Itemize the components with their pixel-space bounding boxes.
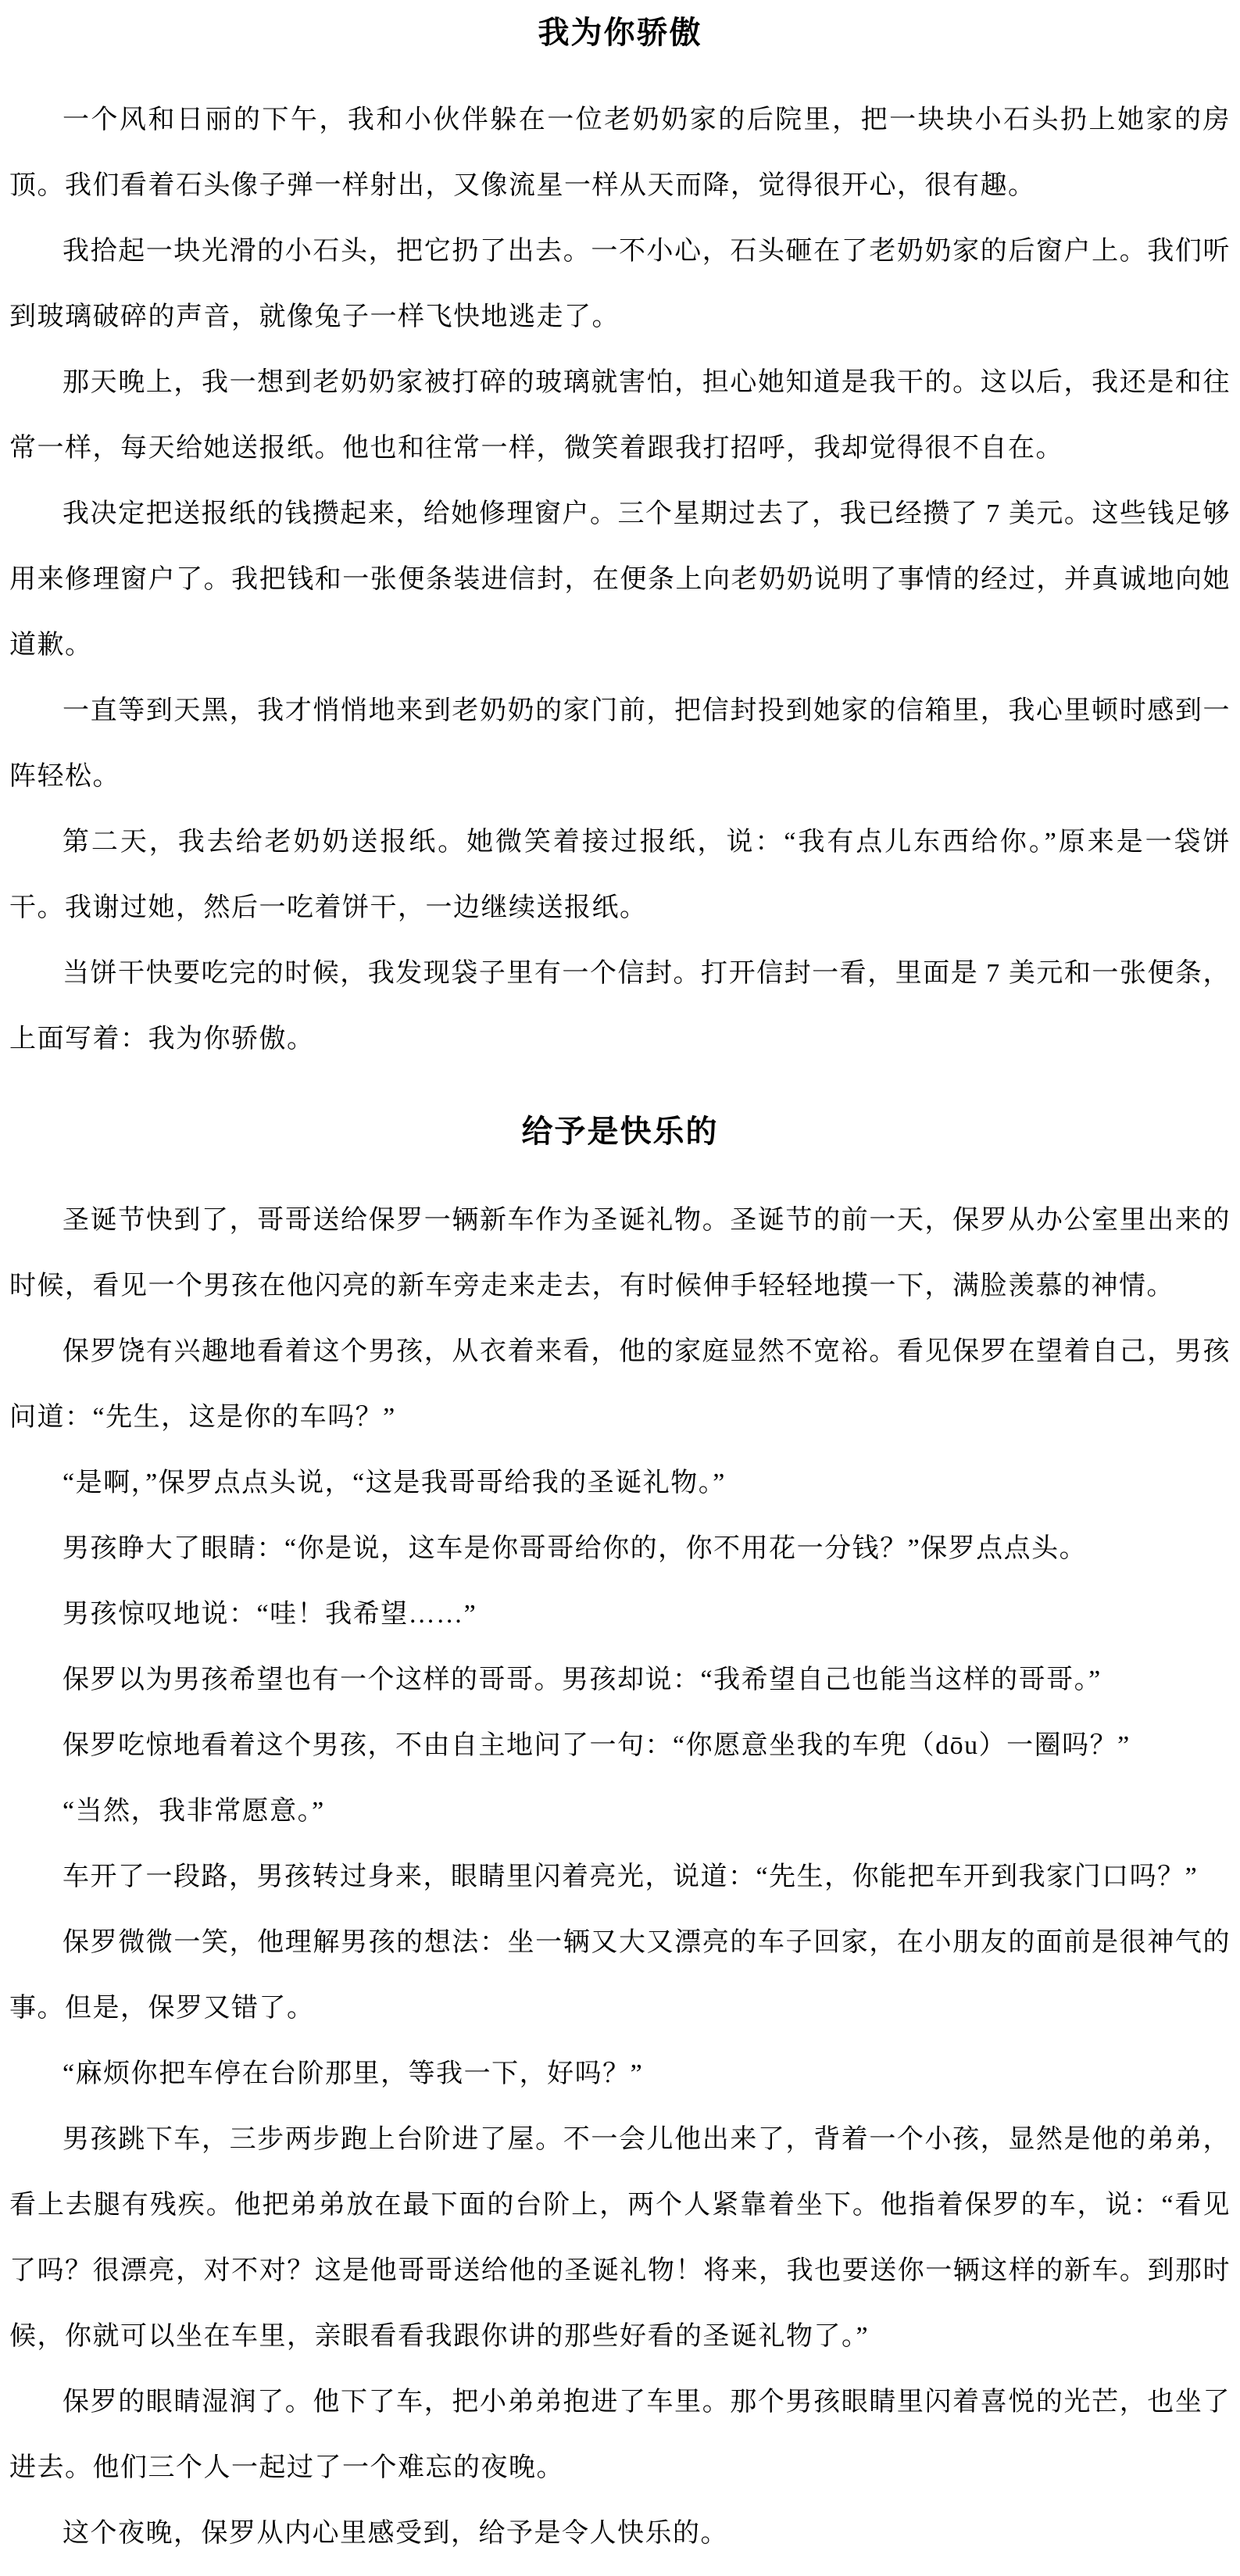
paragraph: 男孩跳下车，三步两步跑上台阶进了屋。不一会儿他出来了，背着一个小孩，显然是他的弟… xyxy=(9,2107,1231,2370)
paragraph: 保罗的眼睛湿润了。他下了车，把小弟弟抱进了车里。那个男孩眼睛里闪着喜悦的光芒，也… xyxy=(9,2370,1231,2501)
paragraph: 男孩惊叹地说：“哇！我希望……” xyxy=(9,1582,1231,1648)
paragraph: 保罗饶有兴趣地看着这个男孩，从衣着来看，他的家庭显然不宽裕。看见保罗在望着自己，… xyxy=(9,1319,1231,1451)
paragraph: 我拾起一块光滑的小石头，把它扔了出去。一不小心，石头砸在了老奶奶家的后窗户上。我… xyxy=(9,219,1231,350)
paragraph: 第二天，我去给老奶奶送报纸。她微笑着接过报纸，说：“我有点儿东西给你。”原来是一… xyxy=(9,810,1231,941)
paragraph: 一个风和日丽的下午，我和小伙伴躲在一位老奶奶家的后院里，把一块块小石头扔上她家的… xyxy=(9,88,1231,219)
paragraph: 一直等到天黑，我才悄悄地来到老奶奶的家门前，把信封投到她家的信箱里，我心里顿时感… xyxy=(9,678,1231,810)
paragraph: 我决定把送报纸的钱攒起来，给她修理窗户。三个星期过去了，我已经攒了 7 美元。这… xyxy=(9,481,1231,678)
paragraph: 当饼干快要吃完的时候，我发现袋子里有一个信封。打开信封一看，里面是 7 美元和一… xyxy=(9,941,1231,1072)
paragraph: “麻烦你把车停在台阶那里，等我一下，好吗？” xyxy=(9,2041,1231,2107)
paragraph: 保罗微微一笑，他理解男孩的想法：坐一辆又大又漂亮的车子回家，在小朋友的面前是很神… xyxy=(9,1910,1231,2041)
paragraph: “当然，我非常愿意。” xyxy=(9,1779,1231,1844)
story-title-2: 给予是快乐的 xyxy=(9,1104,1231,1160)
paragraph: 这个夜晚，保罗从内心里感受到，给予是令人快乐的。 xyxy=(9,2501,1231,2567)
paragraph: 保罗以为男孩希望也有一个这样的哥哥。男孩却说：“我希望自己也能当这样的哥哥。” xyxy=(9,1648,1231,1713)
paragraph: 那天晚上，我一想到老奶奶家被打碎的玻璃就害怕，担心她知道是我干的。这以后，我还是… xyxy=(9,350,1231,481)
paragraph: 车开了一段路，男孩转过身来，眼睛里闪着亮光，说道：“先生，你能把车开到我家门口吗… xyxy=(9,1844,1231,1910)
document-page: 我为你骄傲 一个风和日丽的下午，我和小伙伴躲在一位老奶奶家的后院里，把一块块小石… xyxy=(0,0,1240,2576)
story-title-1: 我为你骄傲 xyxy=(9,5,1231,61)
paragraph: 圣诞节快到了，哥哥送给保罗一辆新车作为圣诞礼物。圣诞节的前一天，保罗从办公室里出… xyxy=(9,1188,1231,1319)
paragraph: 男孩睁大了眼睛：“你是说，这车是你哥哥给你的，你不用花一分钱？”保罗点点头。 xyxy=(9,1516,1231,1582)
paragraph: “是啊，”保罗点点头说，“这是我哥哥给我的圣诞礼物。” xyxy=(9,1451,1231,1516)
paragraph: 保罗吃惊地看着这个男孩，不由自主地问了一句：“你愿意坐我的车兜（dōu）一圈吗？… xyxy=(9,1713,1231,1779)
